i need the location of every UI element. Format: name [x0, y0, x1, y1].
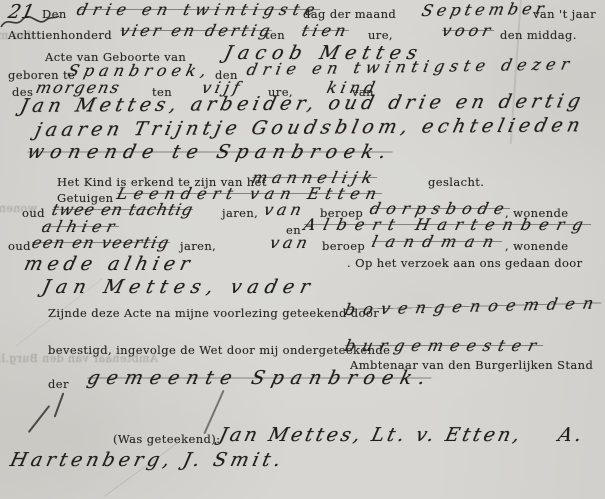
form-printed-text: oud — [22, 207, 45, 220]
witness2-residence-entry: mede alhier — [22, 254, 197, 275]
municipality-entry: gemeente Spanbroek. — [85, 368, 434, 389]
form-printed-text: ure, — [368, 29, 393, 42]
form-printed-text: Achttienhonderd — [8, 29, 112, 42]
form-printed-text: ten — [265, 29, 285, 42]
form-printed-text: . Op het verzoek aan ons gedaan door — [347, 257, 583, 270]
birthplace-entry: Spanbroek, — [66, 62, 213, 80]
month-entry: September — [420, 0, 549, 20]
form-printed-text: oud — [8, 240, 31, 253]
form-printed-text: beroep — [322, 240, 365, 253]
residence-line-entry: wonende te Spanbroek. — [25, 142, 394, 163]
witness2-occupation-entry: landman — [370, 233, 504, 251]
pen-stroke — [54, 392, 65, 417]
form-printed-text: , wonende — [505, 240, 568, 253]
pen-stroke — [28, 405, 51, 433]
mother-line-entry: jaaren Trijntje Goudsblom, echtelieden — [33, 115, 586, 141]
birth-day-entry: drie en twintigste dezer — [245, 55, 576, 78]
official-title-entry: burgemeester — [343, 337, 545, 355]
scanned-birth-record: den mid , wonende Ambtenaar van den Burg… — [0, 0, 605, 499]
before-noon-entry: voor — [440, 22, 496, 40]
form-printed-text: van 't jaar — [533, 8, 596, 21]
witness2-name-entry: Albert Hartenberg — [302, 216, 593, 234]
signatures-line2: Hartenberg, J. Smit. — [8, 450, 287, 471]
hour-entry: tien — [300, 22, 351, 40]
handwritten-entry: van — [262, 201, 307, 219]
year-entry: vier en dertig — [118, 22, 274, 40]
father-line-entry: Jan Mettes, arbeider, oud drie en dertig — [18, 91, 587, 117]
entry-number: 21 — [6, 2, 37, 23]
form-printed-text: jaren, — [222, 207, 258, 220]
registration-day-entry: drie en twintigste — [75, 1, 322, 19]
form-printed-text: jaren, — [180, 240, 216, 253]
signed-by-entry: bovengenoemden — [343, 294, 603, 318]
form-printed-text: der — [48, 378, 69, 391]
form-printed-text: Den — [42, 8, 67, 21]
handwritten-entry: van — [268, 234, 313, 252]
declarant-entry: Jan Mettes, vader — [40, 277, 318, 298]
form-printed-text: bevestigd, ingevolge de Wet door mij ond… — [48, 344, 390, 357]
was-geteekend-label: (Was geteekend): — [113, 433, 220, 446]
form-printed-text: Zijnde deze Acte na mijne voorlezing get… — [48, 307, 379, 320]
form-printed-text: geslacht. — [428, 176, 484, 189]
form-printed-text: den middag. — [500, 29, 577, 42]
signatures-line1: Jan Mettes, Lt. v. Etten, A. — [217, 425, 587, 446]
witness1-age-entry: twee en tachtig — [50, 201, 195, 219]
form-printed-text: dag der maand — [303, 8, 396, 21]
witness2-age-entry: een en veertig — [30, 234, 172, 252]
